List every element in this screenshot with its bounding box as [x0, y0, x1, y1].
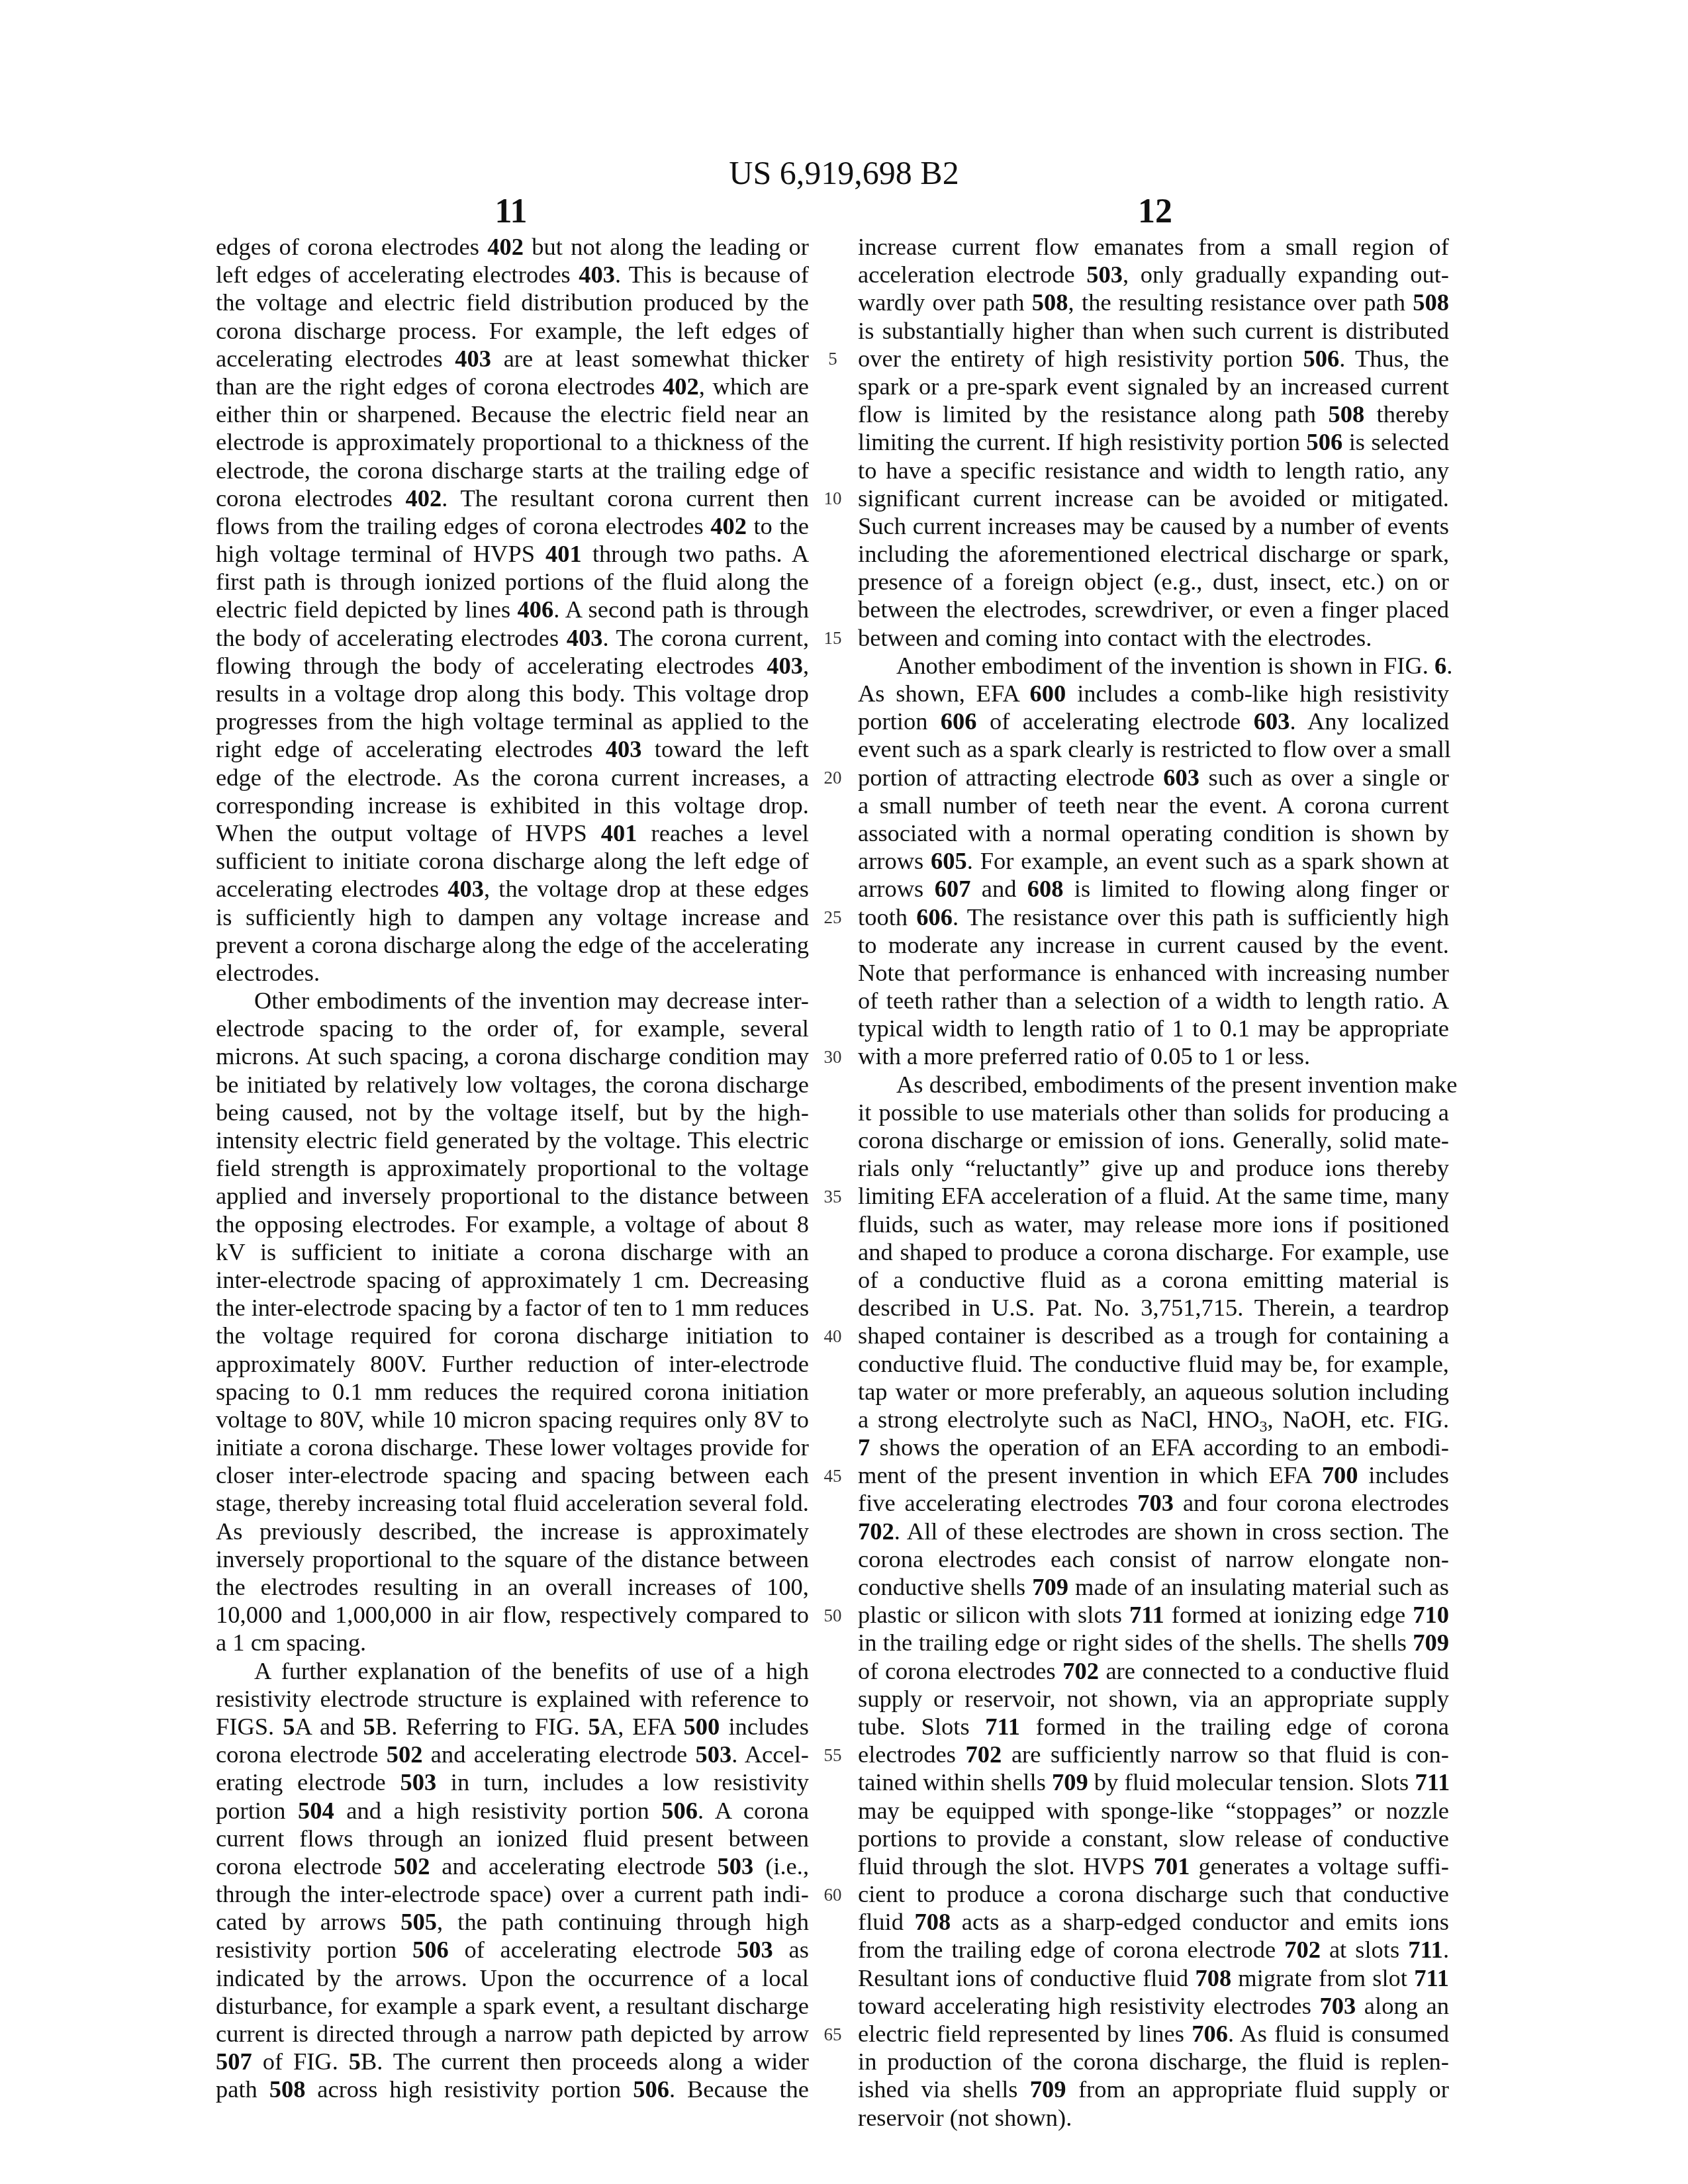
text-segment: electrodes	[858, 1741, 966, 1768]
text-line: electrode is approximately proportional …	[216, 428, 809, 456]
text-line: electrodes.	[216, 959, 809, 987]
text-segment: between the electrodes, screwdriver, or …	[858, 596, 1449, 623]
reference-numeral: 709	[1032, 1573, 1068, 1600]
text-segment: and a high resistivity portion	[334, 1797, 662, 1824]
text-line: a strong electrolyte such as NaCl, HNO3,…	[858, 1406, 1449, 1433]
text-line: applied and inversely proportional to th…	[216, 1182, 809, 1210]
text-segment: closer inter-electrode spacing and spaci…	[216, 1461, 809, 1488]
text-line: fluids, such as water, may release more …	[858, 1210, 1449, 1238]
text-line: wardly over path 508, the resulting resi…	[858, 289, 1449, 316]
text-line: reservoir (not shown).	[858, 2104, 1449, 2132]
text-line: arrows 607 and 608 is limited to flowing…	[858, 875, 1449, 903]
text-line: corona discharge process. For example, t…	[216, 317, 809, 345]
text-line: a 1 cm spacing.	[216, 1629, 809, 1657]
text-segment: through two paths. A	[582, 540, 809, 567]
text-segment: progresses from the high voltage termina…	[216, 707, 809, 735]
text-line: event such as a spark clearly is restric…	[858, 735, 1449, 763]
text-segment: accelerating electrodes	[216, 875, 447, 902]
text-line: is substantially higher than when such c…	[858, 317, 1449, 345]
reference-numeral: 710	[1413, 1601, 1449, 1628]
text-segment: fluids, such as water, may release more …	[858, 1210, 1449, 1238]
reference-numeral: 508	[269, 2075, 306, 2103]
text-segment: limiting the current. If high resistivit…	[858, 428, 1306, 455]
text-line: in the trailing edge or right sides of t…	[858, 1629, 1449, 1657]
text-segment: corona discharge or emission of ions. Ge…	[858, 1126, 1449, 1154]
text-line: toward accelerating high resistivity ele…	[858, 1992, 1449, 2020]
reference-numeral: 605	[931, 847, 967, 874]
text-line: electric field represented by lines 706.…	[858, 2020, 1449, 2048]
text-segment: corona electrode	[216, 1852, 394, 1880]
text-line: supply or reservoir, not shown, via an a…	[858, 1685, 1449, 1713]
text-segment: than are the right edges of corona elect…	[216, 373, 663, 400]
text-line: of corona electrodes 702 are connected t…	[858, 1657, 1449, 1685]
text-line: conductive shells 709 made of an insulat…	[858, 1573, 1449, 1601]
text-segment: described in U.S. Pat. No. 3,751,715. Th…	[858, 1294, 1449, 1321]
reference-numeral: 702	[1284, 1936, 1321, 1963]
text-segment: portion	[216, 1797, 298, 1824]
text-segment: , the voltage drop at these edges	[484, 875, 809, 902]
text-line: shaped container is described as a troug…	[858, 1322, 1449, 1349]
text-segment: generates a voltage suffi-	[1190, 1852, 1449, 1880]
text-line: a small number of teeth near the event. …	[858, 792, 1449, 819]
text-line: indicated by the arrows. Upon the occurr…	[216, 1964, 809, 1992]
text-segment: .	[1446, 652, 1452, 679]
text-segment: reservoir (not shown).	[858, 2104, 1072, 2131]
text-segment: flowing through the body of accelerating…	[216, 652, 767, 679]
reference-numeral: 505	[400, 1908, 437, 1935]
line-number: 55	[820, 1741, 846, 1769]
text-segment: of accelerating electrode	[449, 1936, 737, 1963]
text-segment: , the resulting resistance over path	[1068, 289, 1413, 316]
text-line: ished via shells 709 from an appropriate…	[858, 2075, 1449, 2103]
text-segment: a small number of teeth near the event. …	[858, 792, 1449, 819]
text-line: tooth 606. The resistance over this path…	[858, 903, 1449, 931]
text-line: accelerating electrodes 403, the voltage…	[216, 875, 809, 903]
text-line: FIGS. 5A and 5B. Referring to FIG. 5A, E…	[216, 1713, 809, 1741]
text-segment: FIGS.	[216, 1713, 283, 1740]
line-number: 60	[820, 1881, 846, 1909]
text-segment: rials only “reluctantly” give up and pro…	[858, 1154, 1449, 1181]
text-segment: . The resultant corona current then	[442, 484, 809, 512]
text-line: As shown, EFA 600 includes a comb-like h…	[858, 680, 1449, 707]
text-line: Another embodiment of the invention is s…	[858, 652, 1449, 680]
reference-numeral: 701	[1154, 1852, 1190, 1880]
text-line: portion of attracting electrode 603 such…	[858, 764, 1449, 792]
reference-numeral: 708	[1195, 1964, 1231, 1991]
text-line: 507 of FIG. 5B. The current then proceed…	[216, 2048, 809, 2075]
text-segment: cated by arrows	[216, 1908, 400, 1935]
text-line: A further explanation of the benefits of…	[216, 1657, 809, 1685]
text-line: edges of corona electrodes 402 but not a…	[216, 233, 809, 261]
text-line: 7 shows the operation of an EFA accordin…	[858, 1433, 1449, 1461]
text-segment: portions to provide a constant, slow rel…	[858, 1825, 1449, 1852]
text-segment: current flows through an ionized fluid p…	[216, 1825, 809, 1852]
text-line: portion 504 and a high resistivity porti…	[216, 1797, 809, 1825]
text-segment: . The resistance over this path is suffi…	[953, 903, 1449, 931]
text-line: arrows 605. For example, an event such a…	[858, 847, 1449, 875]
text-line: tained within shells 709 by fluid molecu…	[858, 1768, 1449, 1796]
text-segment: flows from the trailing edges of corona …	[216, 512, 710, 539]
text-segment: resistivity portion	[216, 1936, 412, 1963]
text-segment: A further explanation of the benefits of…	[254, 1657, 809, 1684]
text-line: intensity electric field generated by th…	[216, 1126, 809, 1154]
text-segment: high voltage terminal of HVPS	[216, 540, 545, 567]
text-line: with a more preferred ratio of 0.05 to 1…	[858, 1042, 1449, 1070]
reference-numeral: 503	[696, 1741, 732, 1768]
text-line: of a conductive fluid as a corona emitti…	[858, 1266, 1449, 1294]
text-segment: including the aforementioned electrical …	[858, 540, 1449, 567]
text-segment: arrows	[858, 875, 935, 902]
reference-numeral: 603	[1163, 764, 1199, 791]
reference-numeral: 403	[767, 652, 803, 679]
text-segment: formed at ionizing edge	[1164, 1601, 1413, 1628]
text-line: flowing through the body of accelerating…	[216, 652, 809, 680]
text-line: acceleration electrode 503, only gradual…	[858, 261, 1449, 289]
reference-numeral: 606	[916, 903, 953, 931]
text-line: being caused, not by the voltage itself,…	[216, 1099, 809, 1126]
text-segment: in the trailing edge or right sides of t…	[858, 1629, 1413, 1656]
text-segment: to have a specific resistance and width …	[858, 457, 1449, 484]
text-line: sufficient to initiate corona discharge …	[216, 847, 809, 875]
text-line: high voltage terminal of HVPS 401 throug…	[216, 540, 809, 568]
reference-numeral: 403	[579, 261, 615, 288]
text-line: As previously described, the increase is…	[216, 1518, 809, 1545]
reference-numeral: 709	[1052, 1768, 1088, 1796]
text-segment: of accelerating electrode	[977, 707, 1254, 735]
reference-numeral: 5	[588, 1713, 600, 1740]
text-segment: . Thus, the	[1339, 345, 1449, 372]
text-line: Note that performance is enhanced with i…	[858, 959, 1449, 987]
reference-numeral: 709	[1030, 2075, 1066, 2103]
text-line: progresses from the high voltage termina…	[216, 707, 809, 735]
text-line: is sufficiently high to dampen any volta…	[216, 903, 809, 931]
text-segment: microns. At such spacing, a corona disch…	[216, 1042, 809, 1069]
text-segment: increase current flow emanates from a sm…	[858, 233, 1449, 260]
text-line: conductive fluid. The conductive fluid m…	[858, 1350, 1449, 1378]
text-line: path 508 across high resistivity portion…	[216, 2075, 809, 2103]
text-line: flow is limited by the resistance along …	[858, 400, 1449, 428]
text-line: closer inter-electrode spacing and spaci…	[216, 1461, 809, 1489]
text-line: prevent a corona discharge along the edg…	[216, 931, 809, 959]
text-line: current flows through an ionized fluid p…	[216, 1825, 809, 1852]
text-line: results in a voltage drop along this bod…	[216, 680, 809, 707]
text-segment: but not along the leading or	[524, 233, 809, 260]
text-line: limiting EFA acceleration of a fluid. At…	[858, 1182, 1449, 1210]
text-segment: corresponding increase is exhibited in t…	[216, 792, 809, 819]
reference-numeral: 709	[1413, 1629, 1449, 1656]
text-line: between and coming into contact with the…	[858, 624, 1449, 652]
reference-numeral: 711	[985, 1713, 1020, 1740]
text-line: electric field depicted by lines 406. A …	[216, 596, 809, 623]
reference-numeral: 503	[400, 1768, 436, 1796]
text-segment: it possible to use materials other than …	[858, 1099, 1449, 1126]
text-segment: be initiated by relatively low voltages,…	[216, 1071, 809, 1098]
text-segment: are at least somewhat thicker	[491, 345, 809, 372]
text-segment: . As fluid is consumed	[1228, 2020, 1449, 2047]
text-segment: either thin or sharpened. Because the el…	[216, 400, 809, 428]
text-line: inter-electrode spacing of approximately…	[216, 1266, 809, 1294]
text-line: current is directed through a narrow pat…	[216, 2020, 809, 2048]
text-line: limiting the current. If high resistivit…	[858, 428, 1449, 456]
text-segment: field strength is approximately proporti…	[216, 1154, 809, 1181]
text-segment: When the output voltage of HVPS	[216, 819, 601, 846]
reference-numeral: 401	[601, 819, 637, 846]
text-segment: over the entirety of high resistivity po…	[858, 345, 1303, 372]
text-segment: is limited to flowing along finger or	[1063, 875, 1449, 902]
text-line: of teeth rather than a selection of a wi…	[858, 987, 1449, 1015]
text-segment: . A second path is through	[553, 596, 809, 623]
text-segment: are connected to a conductive fluid	[1099, 1657, 1449, 1684]
text-segment: right edge of accelerating electrodes	[216, 735, 606, 762]
text-segment: from the trailing edge of corona electro…	[858, 1936, 1284, 1963]
text-segment: toward the left	[642, 735, 809, 762]
text-line: significant current increase can be avoi…	[858, 484, 1449, 512]
text-segment: of corona electrodes	[858, 1657, 1062, 1684]
reference-numeral: 507	[216, 2048, 252, 2075]
text-segment: A, EFA	[600, 1713, 684, 1740]
text-segment: significant current increase can be avoi…	[858, 484, 1449, 512]
text-segment: ,	[803, 652, 809, 679]
text-line: corona discharge or emission of ions. Ge…	[858, 1126, 1449, 1154]
text-segment: path	[216, 2075, 269, 2103]
text-line: may be equipped with sponge-like “stoppa…	[858, 1797, 1449, 1825]
text-segment: initiate a corona discharge. These lower…	[216, 1433, 809, 1461]
text-segment: As previously described, the increase is…	[216, 1518, 809, 1545]
text-segment: and	[970, 875, 1027, 902]
text-segment: electrode is approximately proportional …	[216, 428, 809, 455]
text-segment: first path is through ionized portions o…	[216, 568, 809, 595]
text-line: portions to provide a constant, slow rel…	[858, 1825, 1449, 1852]
reference-numeral: 711	[1129, 1601, 1164, 1628]
text-line: including the aforementioned electrical …	[858, 540, 1449, 568]
text-segment: of FIG.	[252, 2048, 349, 2075]
text-segment: and four corona electrodes	[1174, 1489, 1449, 1516]
text-segment: electrode, the corona discharge starts a…	[216, 457, 809, 484]
text-segment: supply or reservoir, not shown, via an a…	[858, 1685, 1449, 1712]
text-line: flows from the trailing edges of corona …	[216, 512, 809, 540]
reference-numeral: 703	[1137, 1489, 1174, 1516]
reference-numeral: 506	[412, 1936, 449, 1963]
text-segment: tooth	[858, 903, 916, 931]
text-column-right: increase current flow emanates from a sm…	[858, 233, 1449, 2132]
text-line: stage, thereby increasing total fluid ac…	[216, 1489, 809, 1517]
text-segment: As shown, EFA	[858, 680, 1030, 707]
text-line: corona electrode 502 and accelerating el…	[216, 1852, 809, 1880]
line-number: 15	[820, 624, 846, 652]
text-segment: includes a comb-like high resistivity	[1066, 680, 1449, 707]
text-line: initiate a corona discharge. These lower…	[216, 1433, 809, 1461]
text-line: rials only “reluctantly” give up and pro…	[858, 1154, 1449, 1182]
text-line: Other embodiments of the invention may d…	[216, 987, 809, 1015]
text-segment: toward accelerating high resistivity ele…	[858, 1992, 1319, 2019]
text-line: associated with a normal operating condi…	[858, 819, 1449, 847]
text-segment: electrodes.	[216, 959, 320, 986]
text-segment: disturbance, for example a spark event, …	[216, 1992, 809, 2019]
text-line: inversely proportional to the square of …	[216, 1545, 809, 1573]
text-segment: associated with a normal operating condi…	[858, 819, 1449, 846]
text-segment: current is directed through a narrow pat…	[216, 2020, 809, 2047]
text-segment: the electrodes resulting in an overall i…	[216, 1573, 809, 1600]
text-segment: arrows	[858, 847, 931, 874]
text-line: corona electrodes each consist of narrow…	[858, 1545, 1449, 1573]
text-segment: shows the operation of an EFA according …	[870, 1433, 1449, 1461]
reference-numeral: 702	[1062, 1657, 1099, 1684]
line-number: 25	[820, 903, 846, 931]
text-segment: through the inter-electrode space) over …	[216, 1880, 809, 1907]
text-segment: and accelerating electrode	[422, 1741, 695, 1768]
text-segment: is sufficiently high to dampen any volta…	[216, 903, 809, 931]
text-segment: left edges of accelerating electrodes	[216, 261, 579, 288]
text-segment: a 1 cm spacing.	[216, 1629, 366, 1656]
text-segment: limiting EFA acceleration of a fluid. At…	[858, 1182, 1449, 1209]
reference-numeral: 503	[718, 1852, 754, 1880]
text-line: and shaped to produce a corona discharge…	[858, 1238, 1449, 1266]
reference-numeral: 702	[966, 1741, 1002, 1768]
reference-numeral: 403	[606, 735, 642, 762]
text-segment: 10,000 and 1,000,000 in air flow, respec…	[216, 1601, 809, 1628]
text-line: corona electrode 502 and accelerating el…	[216, 1741, 809, 1768]
reference-numeral: 403	[455, 345, 491, 372]
text-line: As described, embodiments of the present…	[858, 1071, 1449, 1099]
text-segment: , the path continuing through high	[437, 1908, 809, 1935]
reference-numeral: 508	[1328, 400, 1364, 428]
text-segment: . Accel-	[731, 1741, 809, 1768]
text-line: Such current increases may be caused by …	[858, 512, 1449, 540]
text-segment: approximately 800V. Further reduction of…	[216, 1350, 809, 1377]
text-line: five accelerating electrodes 703 and fou…	[858, 1489, 1449, 1517]
reference-numeral: 711	[1414, 1964, 1449, 1991]
reference-numeral: 500	[684, 1713, 720, 1740]
text-segment: portion of attracting electrode	[858, 764, 1163, 791]
text-line: to moderate any increase in current caus…	[858, 931, 1449, 959]
text-line: 10,000 and 1,000,000 in air flow, respec…	[216, 1601, 809, 1629]
text-segment: includes	[720, 1713, 809, 1740]
reference-numeral: 6	[1434, 652, 1446, 679]
text-line: portion 606 of accelerating electrode 60…	[858, 707, 1449, 735]
reference-numeral: 506	[633, 2075, 669, 2103]
text-line: electrode, the corona discharge starts a…	[216, 457, 809, 484]
text-line: typical width to length ratio of 1 to 0.…	[858, 1015, 1449, 1042]
text-segment: Other embodiments of the invention may d…	[254, 987, 809, 1014]
reference-numeral: 711	[1415, 1768, 1450, 1796]
line-number: 65	[820, 2021, 846, 2048]
text-line: cated by arrows 505, the path continuing…	[216, 1908, 809, 1936]
text-line: electrodes 702 are sufficiently narrow s…	[858, 1741, 1449, 1768]
text-line: increase current flow emanates from a sm…	[858, 233, 1449, 261]
reference-numeral: 700	[1322, 1461, 1358, 1488]
text-line: corresponding increase is exhibited in t…	[216, 792, 809, 819]
text-segment: and shaped to produce a corona discharge…	[858, 1238, 1449, 1265]
reference-numeral: 506	[661, 1797, 698, 1824]
text-segment: the opposing electrodes. For example, a …	[216, 1210, 809, 1238]
column-number-right: 12	[1115, 192, 1195, 231]
line-number: 10	[820, 484, 846, 512]
text-segment: electrode spacing to the order of, for e…	[216, 1015, 809, 1042]
reference-numeral: 406	[518, 596, 554, 623]
reference-numeral: 503	[1086, 261, 1123, 288]
reference-numeral: 403	[567, 624, 603, 651]
text-segment: Such current increases may be caused by …	[858, 512, 1449, 539]
text-segment: , which are	[699, 373, 809, 400]
text-line: microns. At such spacing, a corona disch…	[216, 1042, 809, 1070]
text-line: fluid 708 acts as a sharp-edged conducto…	[858, 1908, 1449, 1936]
text-segment: kV is sufficient to initiate a corona di…	[216, 1238, 809, 1265]
reference-numeral: 402	[663, 373, 699, 400]
text-segment: prevent a corona discharge along the edg…	[216, 931, 809, 958]
text-segment: the body of accelerating electrodes	[216, 624, 567, 651]
text-segment: . All of these electrodes are shown in c…	[894, 1518, 1449, 1545]
text-segment: acts as a sharp-edged conductor and emit…	[951, 1908, 1449, 1935]
text-line: the body of accelerating electrodes 403.…	[216, 624, 809, 652]
text-segment: flow is limited by the resistance along …	[858, 400, 1328, 428]
text-segment: corona electrode	[216, 1741, 387, 1768]
text-segment: A and	[295, 1713, 363, 1740]
line-number: 5	[820, 345, 846, 373]
text-line: edge of the electrode. As the corona cur…	[216, 764, 809, 792]
text-line: the electrodes resulting in an overall i…	[216, 1573, 809, 1601]
text-segment: Another embodiment of the invention is s…	[896, 652, 1434, 679]
line-number: 50	[820, 1602, 846, 1629]
text-segment: conductive fluid. The conductive fluid m…	[858, 1350, 1449, 1377]
text-segment: tained within shells	[858, 1768, 1052, 1796]
text-segment: along an	[1356, 1992, 1449, 2019]
text-segment: tap water or more preferably, an aqueous…	[858, 1378, 1449, 1405]
text-segment: , NaOH, etc. FIG.	[1268, 1406, 1449, 1433]
text-line: to have a specific resistance and width …	[858, 457, 1449, 484]
reference-numeral: 5	[283, 1713, 295, 1740]
text-segment: between and coming into contact with the…	[858, 624, 1372, 651]
reference-numeral: 607	[935, 875, 971, 902]
text-segment: of teeth rather than a selection of a wi…	[858, 987, 1449, 1014]
text-segment: results in a voltage drop along this bod…	[216, 680, 809, 707]
text-segment: edges of corona electrodes	[216, 233, 487, 260]
text-segment: intensity electric field generated by th…	[216, 1126, 809, 1154]
text-segment: .	[1443, 1936, 1449, 1963]
text-segment: erating electrode	[216, 1768, 400, 1796]
text-line: accelerating electrodes 403 are at least…	[216, 345, 809, 373]
text-line: first path is through ionized portions o…	[216, 568, 809, 596]
reference-numeral: 403	[447, 875, 484, 902]
text-line: erating electrode 503 in turn, includes …	[216, 1768, 809, 1796]
text-segment: and accelerating electrode	[430, 1852, 717, 1880]
text-line: left edges of accelerating electrodes 40…	[216, 261, 809, 289]
text-segment: is substantially higher than when such c…	[858, 317, 1449, 344]
text-segment: migrate from slot	[1231, 1964, 1414, 1991]
text-segment: B. The current then proceeds along a wid…	[361, 2048, 809, 2075]
text-segment: a strong electrolyte such as NaCl, HNO	[858, 1406, 1260, 1433]
text-line: plastic or silicon with slots 711 formed…	[858, 1601, 1449, 1629]
text-segment: electric field represented by lines	[858, 2020, 1192, 2047]
text-segment: . A corona	[698, 1797, 809, 1824]
text-segment: portion	[858, 707, 941, 735]
text-line: field strength is approximately proporti…	[216, 1154, 809, 1182]
text-line: electrode spacing to the order of, for e…	[216, 1015, 809, 1042]
text-line: the inter-electrode spacing by a factor …	[216, 1294, 809, 1322]
text-segment: tube. Slots	[858, 1713, 985, 1740]
text-segment: are sufficiently narrow so that fluid is…	[1002, 1741, 1449, 1768]
text-segment: by fluid molecular tension. Slots	[1088, 1768, 1415, 1796]
text-segment: the inter-electrode spacing by a factor …	[216, 1294, 809, 1321]
reference-numeral: 506	[1306, 428, 1342, 455]
text-segment: applied and inversely proportional to th…	[216, 1182, 809, 1209]
text-line: corona electrodes 402. The resultant cor…	[216, 484, 809, 512]
text-segment: fluid through the slot. HVPS	[858, 1852, 1154, 1880]
text-line: between the electrodes, screwdriver, or …	[858, 596, 1449, 623]
text-segment: ment of the present invention in which E…	[858, 1461, 1322, 1488]
reference-numeral: 508	[1413, 289, 1449, 316]
text-line: spark or a pre-spark event signaled by a…	[858, 373, 1449, 400]
text-line: be initiated by relatively low voltages,…	[216, 1071, 809, 1099]
